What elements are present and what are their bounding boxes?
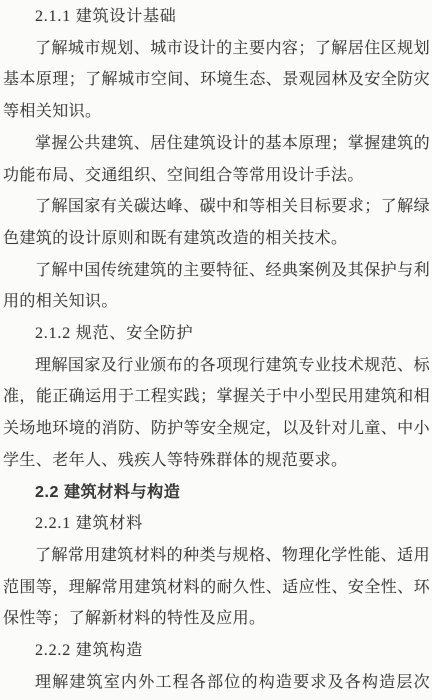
heading-2-2-1-building-materials: 2.2.1 建筑材料 [3,508,430,540]
paragraph-public-residential-design: 掌握公共建筑、居住建筑设计的基本原理；掌握建筑的功能布局、交通组织、空间组合等常… [3,128,430,191]
heading-2-2-2-building-construction: 2.2.2 建筑构造 [3,635,430,667]
heading-2-1-2-codes-safety-protection: 2.1.2 规范、安全防护 [3,318,430,350]
heading-2-2-building-materials-construction: 2.2 建筑材料与构造 [3,477,430,509]
document-page: 2.1.1 建筑设计基础 了解城市规划、城市设计的主要内容；了解居住区规划基本原… [0,0,432,700]
paragraph-building-materials: 了解常用建筑材料的种类与规格、物理化学性能、适用范围等，理解常用建筑材料的耐久性… [3,540,430,635]
paragraph-traditional-architecture: 了解中国传统建筑的主要特征、经典案例及其保护与利用的相关知识。 [3,255,430,318]
heading-2-1-1-architectural-design-basics: 2.1.1 建筑设计基础 [3,1,430,33]
paragraph-building-construction-truncated: 理解建筑室内外工程各部位的构造要求及各构造层次 [3,667,430,699]
paragraph-urban-planning: 了解城市规划、城市设计的主要内容；了解居住区规划基本原理；了解城市空间、环境生态… [3,33,430,128]
paragraph-carbon-green-building: 了解国家有关碳达峰、碳中和等相关目标要求；了解绿色建筑的设计原则和既有建筑改造的… [3,191,430,254]
paragraph-codes-safety: 理解国家及行业颁布的各项现行建筑专业技术规范、标准，能正确运用于工程实践；掌握关… [3,350,430,477]
